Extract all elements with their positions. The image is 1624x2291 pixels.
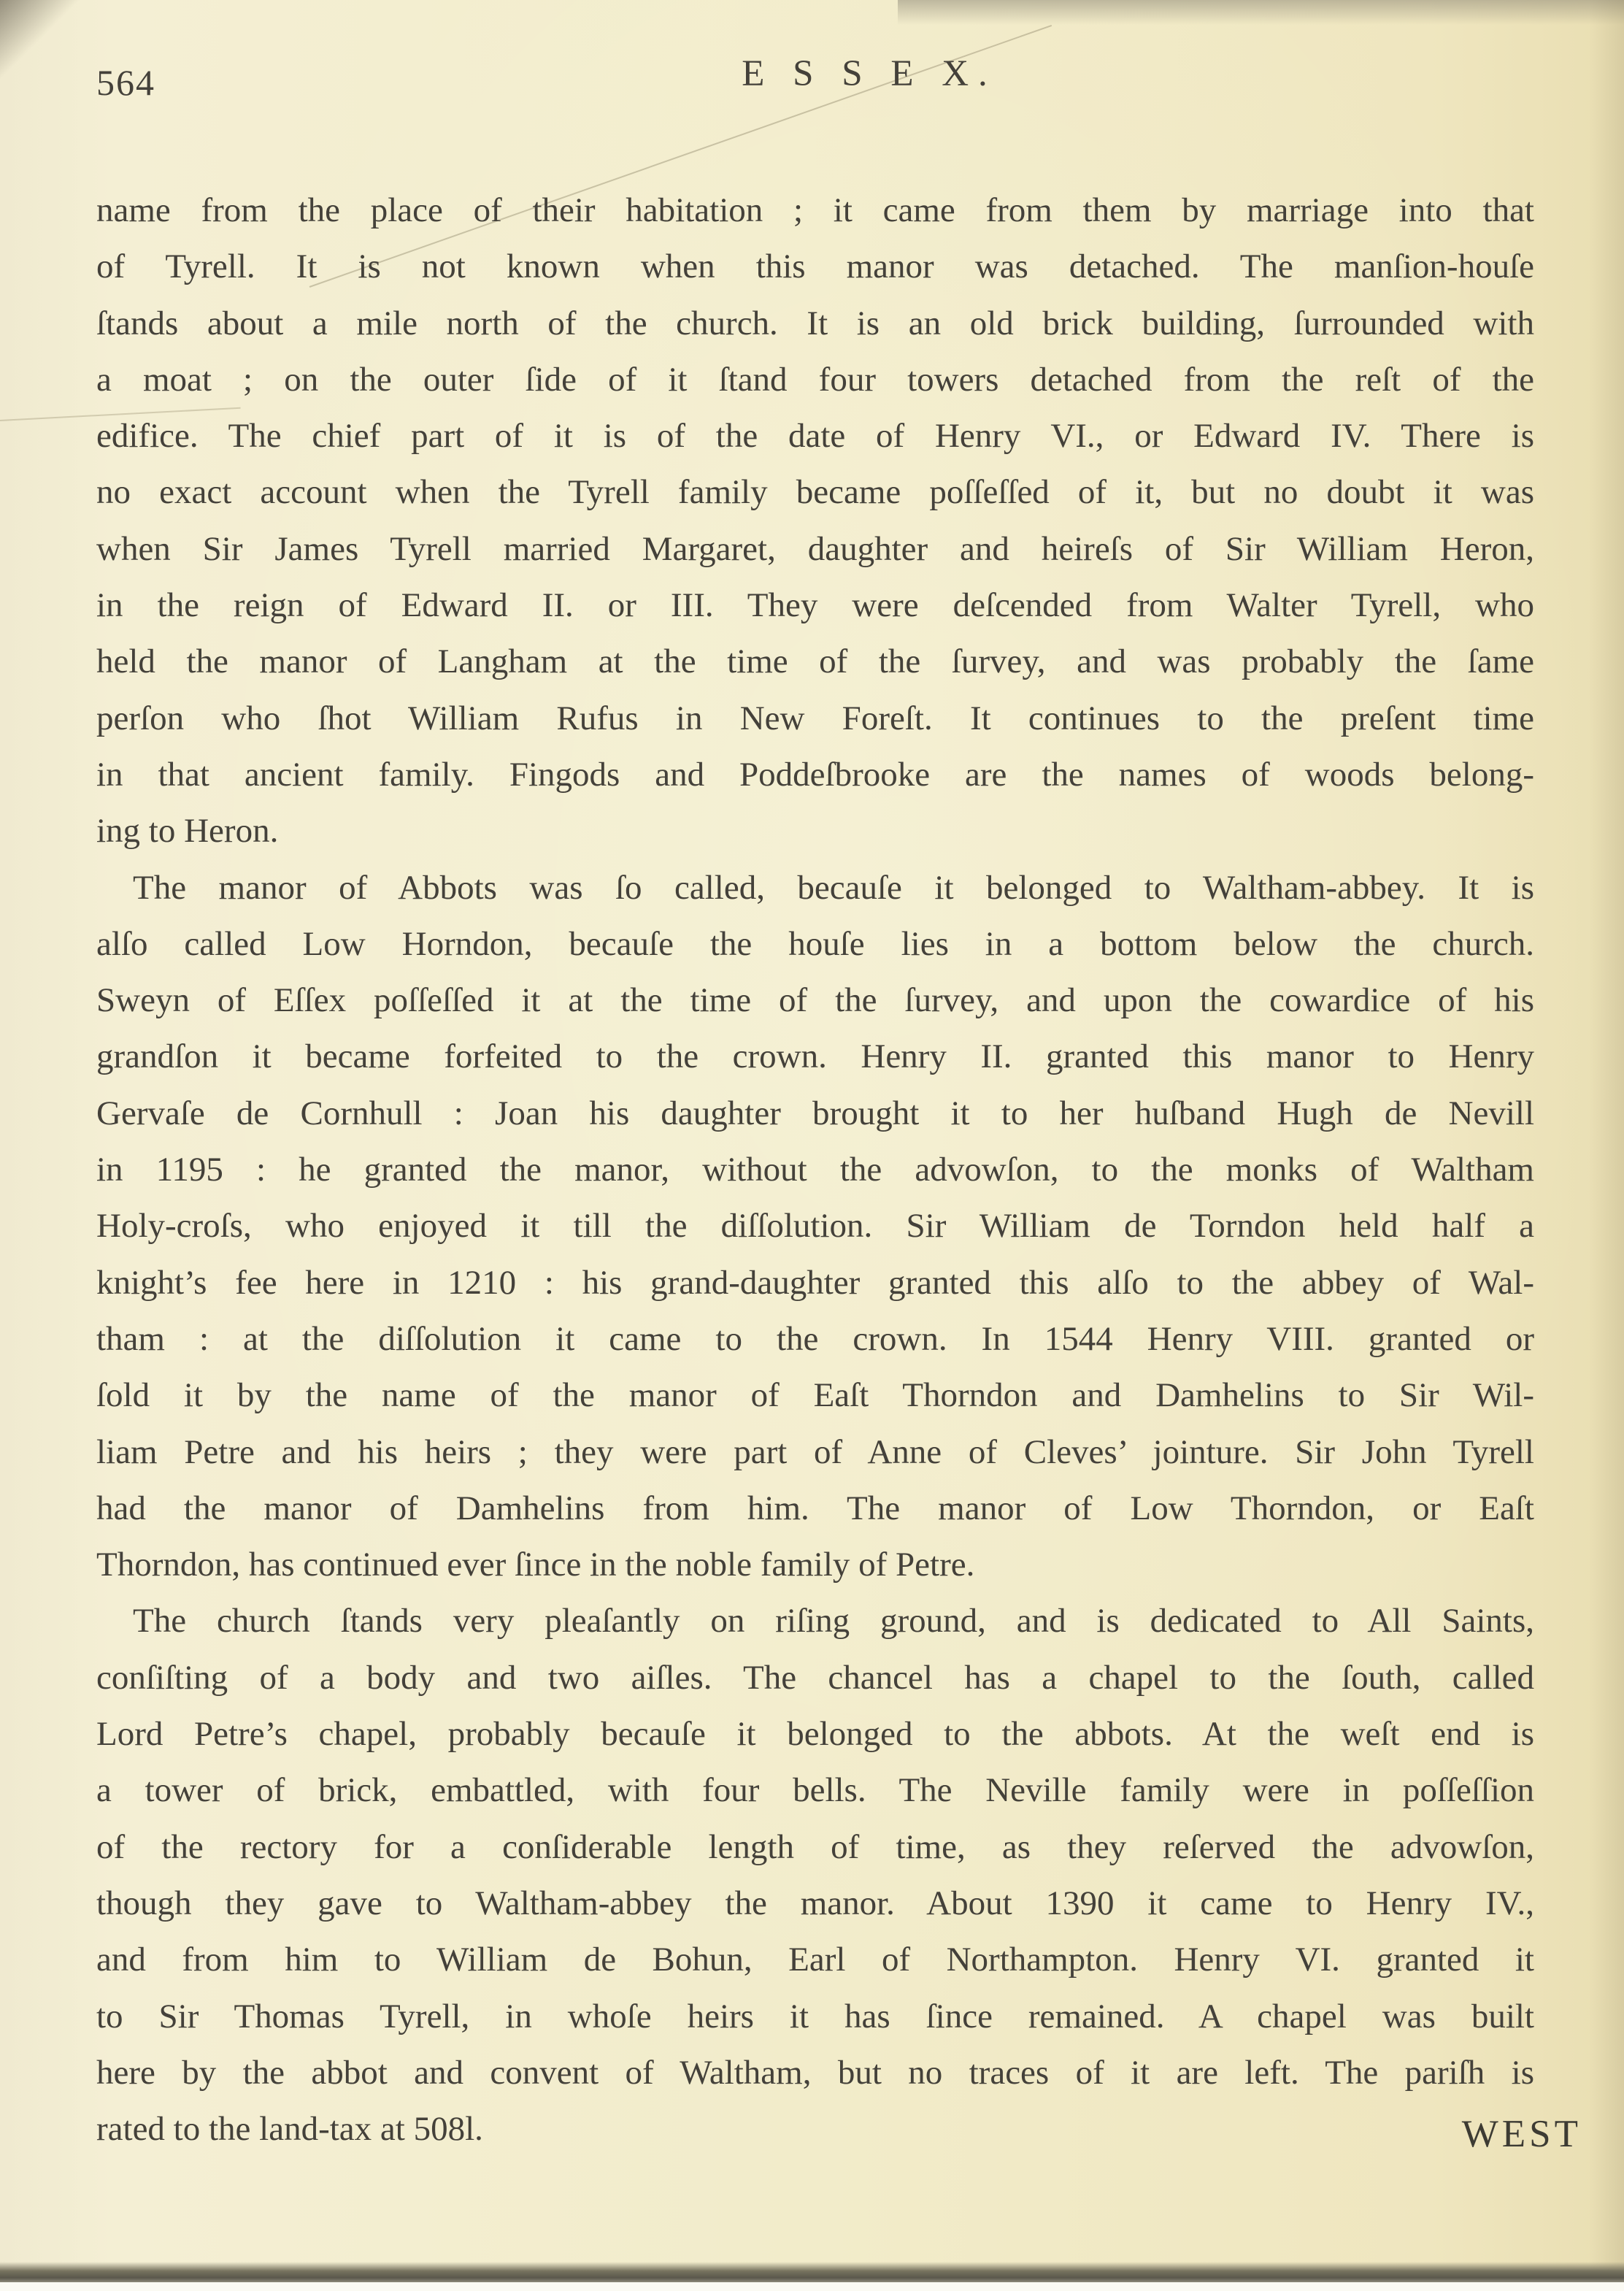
- catchword: WEST: [1462, 2112, 1582, 2156]
- text-line: of Tyrell. It is not known when this man…: [96, 239, 1534, 295]
- text-line: Gervaſe de Cornhull : Joan his daughter …: [96, 1086, 1534, 1142]
- page-header: 564 E S S E X.: [96, 44, 1534, 139]
- scan-artifact-bottom-edge: [0, 2262, 1624, 2282]
- body-text: name from the place of their habitation …: [96, 183, 1534, 2157]
- text-line: edifice. The chief part of it is of the …: [96, 408, 1534, 464]
- page-number: 564: [96, 61, 155, 104]
- text-line: though they gave to Waltham-abbey the ma…: [96, 1876, 1534, 1932]
- text-line: to Sir Thomas Tyrell, in whoſe heirs it …: [96, 1989, 1534, 2045]
- text-line: in 1195 : he granted the manor, without …: [96, 1142, 1534, 1198]
- running-head-title: E S S E X.: [742, 53, 997, 95]
- text-line: rated to the land-tax at 508l.: [96, 2101, 1534, 2157]
- text-line: a tower of brick, embattled, with four b…: [96, 1762, 1534, 1819]
- scan-artifact-right-edge: [1589, 0, 1624, 2291]
- scan-artifact-corner-top-left: [0, 0, 109, 80]
- text-line: tham : at the diſſolution it came to the…: [96, 1311, 1534, 1367]
- scan-artifact-top-edge: [898, 0, 1624, 25]
- text-line: no exact account when the Tyrell family …: [96, 464, 1534, 521]
- text-line: perſon who ſhot William Rufus in New For…: [96, 691, 1534, 747]
- text-line: Lord Petre’s chapel, probably becauſe it…: [96, 1706, 1534, 1762]
- text-line: and from him to William de Bohun, Earl o…: [96, 1932, 1534, 1988]
- text-line: had the manor of Damhelins from him. The…: [96, 1481, 1534, 1537]
- text-line: The church ſtands very pleaſantly on riſ…: [96, 1593, 1534, 1649]
- text-line: here by the abbot and convent of Waltham…: [96, 2045, 1534, 2101]
- text-line: conſiſting of a body and two aiſles. The…: [96, 1650, 1534, 1706]
- text-line: ſtands about a mile north of the church.…: [96, 296, 1534, 352]
- text-line: a moat ; on the outer ſide of it ſtand f…: [96, 352, 1534, 408]
- text-line: held the manor of Langham at the time of…: [96, 634, 1534, 690]
- book-page-scan: 564 E S S E X. name from the place of th…: [0, 0, 1624, 2291]
- text-line: liam Petre and his heirs ; they were par…: [96, 1424, 1534, 1481]
- text-line: when Sir James Tyrell married Margaret, …: [96, 521, 1534, 577]
- text-line: grandſon it became forfeited to the crow…: [96, 1029, 1534, 1085]
- text-line: in that ancient family. Fingods and Podd…: [96, 747, 1534, 803]
- text-line: knight’s fee here in 1210 : his grand-da…: [96, 1255, 1534, 1311]
- text-line: ſold it by the name of the manor of Eaſt…: [96, 1367, 1534, 1424]
- text-line: The manor of Abbots was ſo called, becau…: [96, 860, 1534, 916]
- scan-artifact-bottom-white-strip: [0, 2282, 1624, 2291]
- text-line: in the reign of Edward II. or III. They …: [96, 577, 1534, 634]
- text-line: ing to Heron.: [96, 803, 1534, 859]
- text-line: of the rectory for a conſiderable length…: [96, 1819, 1534, 1876]
- text-line: Thorndon, has continued ever ſince in th…: [96, 1537, 1534, 1593]
- text-line: name from the place of their habitation …: [96, 183, 1534, 239]
- text-line: Holy-croſs, who enjoyed it till the diſſ…: [96, 1198, 1534, 1254]
- text-line: Sweyn of Eſſex poſſeſſed it at the time …: [96, 972, 1534, 1029]
- text-line: alſo called Low Horndon, becauſe the hou…: [96, 916, 1534, 972]
- text-block: 564 E S S E X. name from the place of th…: [96, 44, 1534, 139]
